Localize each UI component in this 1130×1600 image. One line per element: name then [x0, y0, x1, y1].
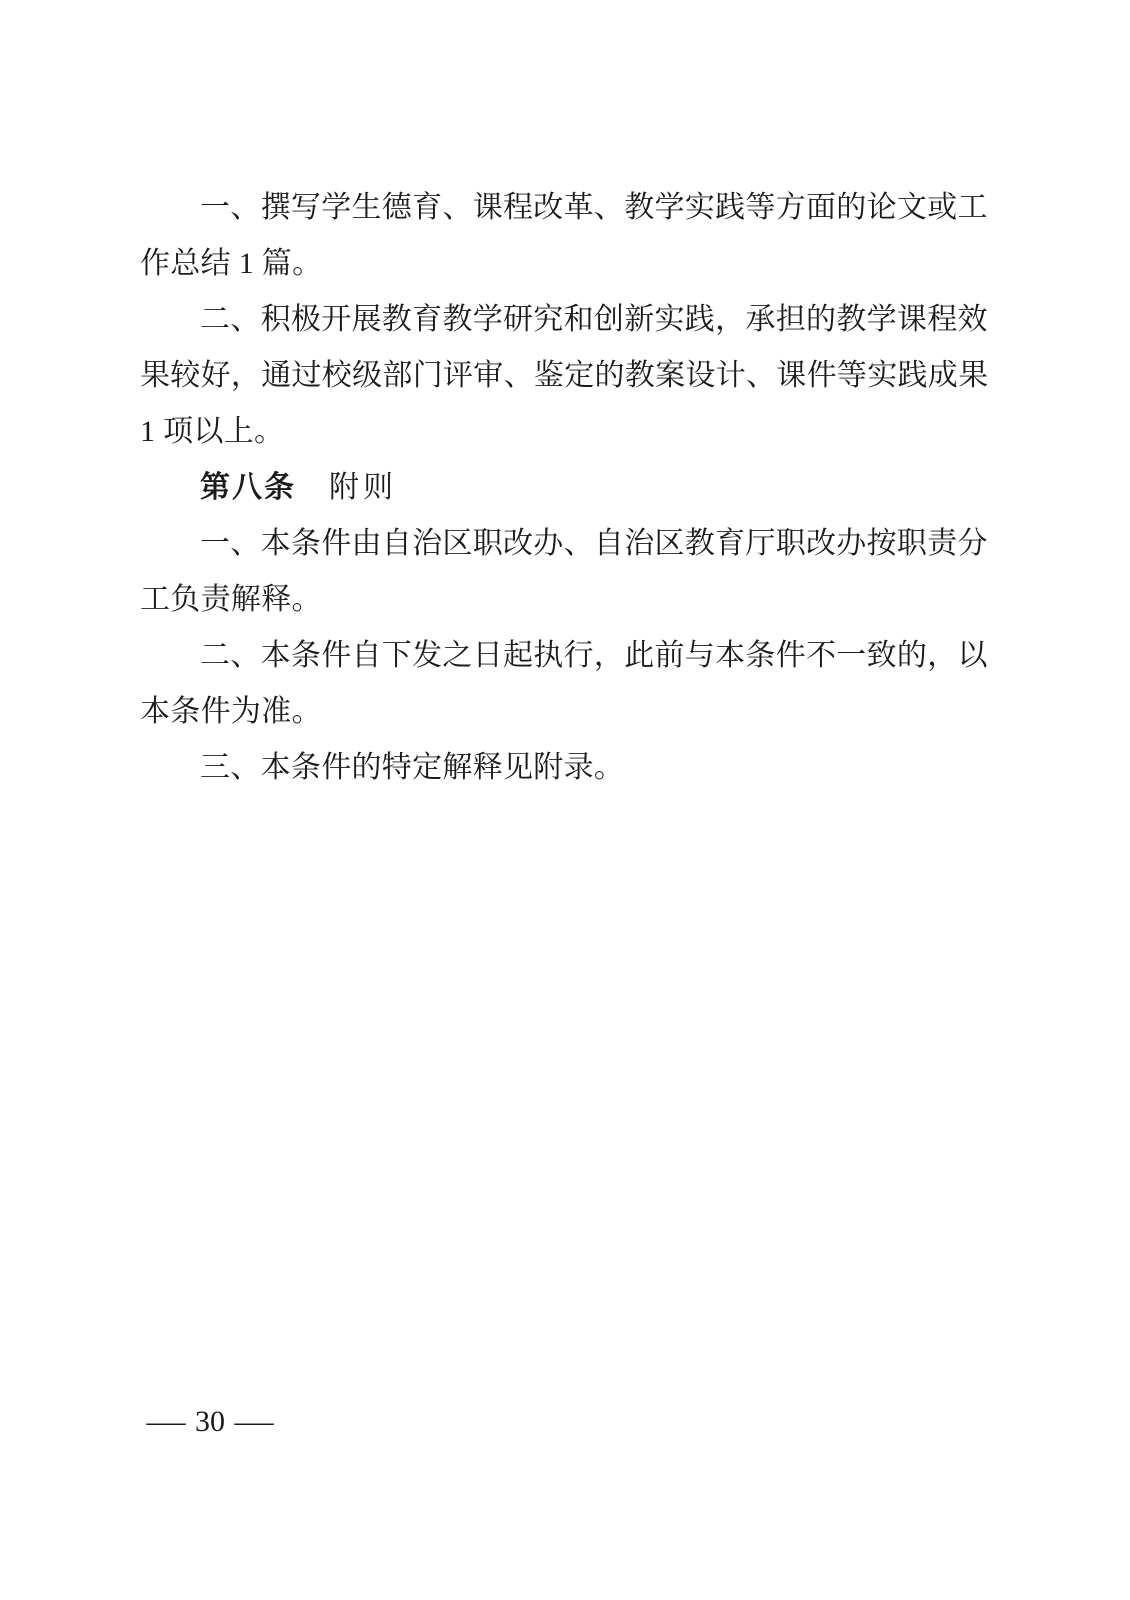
text-line: 1 项以上。 — [140, 404, 985, 460]
text-line: 二、本条件自下发之日起执行，此前与本条件不一致的，以 — [140, 628, 985, 684]
document-page: 一、撰写学生德育、课程改革、教学实践等方面的论文或工 作总结 1 篇。 二、积极… — [0, 0, 1130, 1600]
paragraph: 三、本条件的特定解释见附录。 — [140, 740, 985, 796]
paragraph: 一、本条件由自治区职改办、自治区教育厅职改办按职责分 工负责解释。 — [140, 516, 985, 628]
page-number: 30 — [195, 1402, 225, 1442]
section-heading: 第八条附则 — [140, 460, 985, 516]
text-line: 一、撰写学生德育、课程改革、教学实践等方面的论文或工 — [140, 180, 985, 236]
text-line: 果较好，通过校级部门评审、鉴定的教案设计、课件等实践成果 — [140, 348, 985, 404]
paragraph: 一、撰写学生德育、课程改革、教学实践等方面的论文或工 作总结 1 篇。 — [140, 180, 985, 292]
text-line: 作总结 1 篇。 — [140, 236, 985, 292]
page-footer: —30— — [141, 1402, 279, 1442]
paragraph: 二、本条件自下发之日起执行，此前与本条件不一致的，以 本条件为准。 — [140, 628, 985, 740]
paragraph: 二、积极开展教育教学研究和创新实践，承担的教学课程效 果较好，通过校级部门评审、… — [140, 292, 985, 460]
text-line: 本条件为准。 — [140, 684, 985, 740]
text-line: 二、积极开展教育教学研究和创新实践，承担的教学课程效 — [140, 292, 985, 348]
text-line: 一、本条件由自治区职改办、自治区教育厅职改办按职责分 — [140, 516, 985, 572]
section-heading-number: 第八条 — [200, 471, 296, 504]
text-line: 工负责解释。 — [140, 572, 985, 628]
section-heading-title: 附则 — [329, 471, 397, 504]
footer-right-dash: — — [235, 1402, 274, 1442]
text-line: 三、本条件的特定解释见附录。 — [140, 740, 985, 796]
document-body: 一、撰写学生德育、课程改革、教学实践等方面的论文或工 作总结 1 篇。 二、积极… — [140, 180, 985, 796]
footer-left-dash: — — [147, 1402, 186, 1442]
